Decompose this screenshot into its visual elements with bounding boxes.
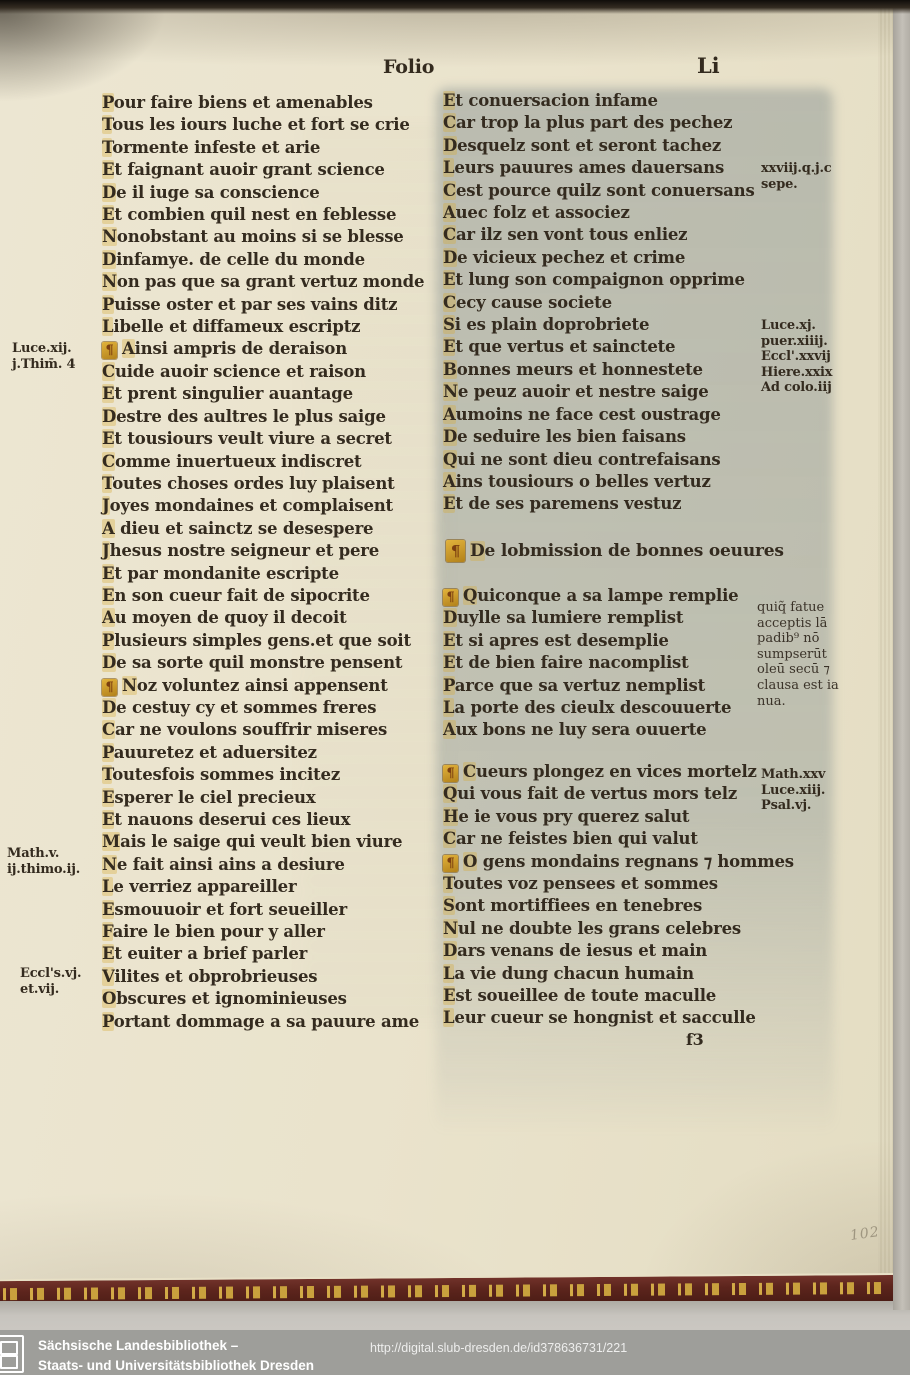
right-text-column-lower: ¶Cueurs plongez en vices mortelzQui vous… [443, 761, 794, 1030]
initial-letter: C [102, 720, 115, 739]
initial-letter: E [102, 429, 114, 448]
initial-letter: N [443, 382, 458, 401]
pencil-foliation: 102 [849, 1224, 881, 1244]
initial-letter: E [102, 944, 114, 963]
text-line: Toutesfois sommes incitez [102, 764, 424, 786]
initial-letter: D [102, 653, 116, 672]
initial-letter: P [102, 743, 114, 762]
initial-letter: D [102, 183, 116, 202]
text-line: Et de bien faire nacomplist [443, 652, 738, 674]
initial-letter: E [102, 810, 114, 829]
digitized-book-scan: Folio Li Pour faire biens et amenablesTo… [0, 0, 910, 1375]
text-line: ¶O gens mondains regnans ⁊ hommes [443, 851, 794, 873]
initial-letter: Q [443, 450, 457, 469]
initial-letter: P [443, 676, 455, 695]
text-line: Si es plain doprobriete [443, 314, 755, 336]
text-line: ¶Quiconque a sa lampe remplie [443, 585, 738, 607]
text-line: Dars venans de iesus et main [443, 940, 794, 962]
initial-letter: V [102, 967, 114, 986]
initial-letter: C [443, 113, 456, 132]
text-line: Car ne feistes bien qui valut [443, 828, 794, 850]
text-line: De il iuge sa conscience [102, 182, 424, 204]
initial-letter: O [102, 989, 116, 1008]
text-line: Car ilz sen vont tous enliez [443, 224, 755, 246]
text-line: De seduire les bien faisans [443, 426, 755, 448]
text-line: Math.v. [7, 846, 80, 862]
initial-letter: N [443, 919, 458, 938]
initial-letter: D [443, 941, 457, 960]
text-line: Mais le saige qui veult bien viure [102, 831, 424, 853]
pilcrow-mark: ¶ [102, 679, 117, 696]
initial-letter: A [443, 720, 456, 739]
slub-logo-glyph [0, 1341, 18, 1355]
text-line: Car ne voulons souffrir miseres [102, 719, 424, 741]
text-line: Tous les iours luche et fort se crie [102, 114, 424, 136]
text-line: ¶De lobmission de bonnes oeuures [446, 540, 784, 562]
text-line: Et faignant auoir grant science [102, 159, 424, 181]
text-line: Et que vertus et sainctete [443, 336, 755, 358]
text-line: Vilites et obprobrieuses [102, 966, 424, 988]
initial-letter: E [443, 91, 455, 110]
text-line: ¶Noz voluntez ainsi appensent [102, 675, 424, 697]
text-line: Auec folz et associez [443, 202, 755, 224]
initial-letter: A [443, 203, 456, 222]
library-footer-bar: Sächsische Landesbibliothek – Staats- un… [0, 1330, 910, 1375]
margin-note-right-3: quiq̃ fatueacceptis lāpadib⁹ nōsumpserūt… [757, 600, 839, 709]
initial-letter: P [102, 1012, 114, 1031]
initial-letter: L [443, 698, 454, 717]
text-line: De cestuy cy et sommes freres [102, 697, 424, 719]
text-line: Et de ses paremens vestuz [443, 493, 755, 515]
initial-letter: P [102, 631, 114, 650]
cradle-fabric [0, 1301, 910, 1333]
initial-letter: T [102, 474, 112, 493]
text-line: De vicieux pechez et crime [443, 247, 755, 269]
text-line: Non pas que sa grant vertuz monde [102, 271, 424, 293]
text-line: quiq̃ fatue [757, 600, 839, 616]
text-line: He ie vous pry querez salut [443, 806, 794, 828]
text-line: A dieu et sainctz se desespere [102, 518, 424, 540]
initial-letter: M [102, 832, 120, 851]
initial-letter: J [102, 496, 110, 515]
library-name-line1: Sächsische Landesbibliothek – [38, 1336, 314, 1356]
text-line: Eccl's.vj. [20, 966, 81, 982]
quire-signature: f3 [686, 1030, 704, 1049]
digital-object-url: http://digital.slub-dresden.de/id3786367… [370, 1341, 627, 1355]
text-line: Hiere.xxix [761, 365, 832, 381]
initial-letter: L [443, 158, 454, 177]
initial-letter: D [470, 541, 485, 561]
text-line: ij.thimo.ij. [7, 862, 80, 878]
text-line: Cecy cause societe [443, 292, 755, 314]
text-line: Nul ne doubte les grans celebres [443, 918, 794, 940]
initial-letter: N [122, 676, 137, 695]
text-line: Dinfamye. de celle du monde [102, 249, 424, 271]
pilcrow-mark: ¶ [446, 540, 465, 562]
text-line: Portant dommage a sa pauure ame [102, 1011, 424, 1033]
text-line: Toutes voz pensees et sommes [443, 873, 794, 895]
initial-letter: C [102, 362, 115, 381]
initial-letter: Q [463, 586, 477, 605]
text-line: Toutes choses ordes luy plaisent [102, 473, 424, 495]
initial-letter: E [102, 564, 114, 583]
text-line: Et combien quil nest en feblesse [102, 204, 424, 226]
text-line: xxviij.q.j.c [761, 161, 832, 177]
text-line: padib⁹ nō [757, 631, 839, 647]
initial-letter: A [443, 405, 456, 424]
slub-logo [0, 1335, 24, 1373]
text-line: nua. [757, 694, 839, 710]
initial-letter: F [102, 922, 113, 941]
text-line: Puisse oster et par ses vains ditz [102, 294, 424, 316]
text-line: Et euiter a brief parler [102, 943, 424, 965]
initial-letter: E [102, 205, 114, 224]
text-line: Libelle et diffameux escriptz [102, 316, 424, 338]
text-line: Cest pource quilz sont conuersans [443, 180, 755, 202]
text-line: Pauuretez et aduersitez [102, 742, 424, 764]
text-line: Tormente infeste et arie [102, 137, 424, 159]
text-line: Psal.vj. [761, 798, 825, 814]
running-title-folio: Folio [383, 56, 434, 78]
margin-note-right-4: Math.xxvLuce.xiij.Psal.vj. [761, 767, 825, 814]
text-line: Et tousiours veult viure a secret [102, 428, 424, 450]
text-line: sepe. [761, 177, 832, 193]
initial-letter: D [102, 407, 116, 426]
text-line: j.Thim̄. 4 [12, 357, 75, 373]
library-name-line2: Staats- und Universitätsbibliothek Dresd… [38, 1356, 314, 1375]
text-line: Desquelz sont et seront tachez [443, 135, 755, 157]
initial-letter: T [102, 138, 112, 157]
initial-letter: B [443, 360, 457, 379]
text-line: Et prent singulier auantage [102, 383, 424, 405]
initial-letter: H [443, 807, 458, 826]
text-line: acceptis lā [757, 616, 839, 632]
initial-letter: E [443, 494, 455, 513]
right-text-column-middle: ¶Quiconque a sa lampe remplieDuylle sa l… [443, 585, 738, 742]
cradle-fabric-right [893, 0, 910, 1310]
text-line: clausa est ia [757, 678, 839, 694]
margin-note-left-1: Luce.xij.j.Thim̄. 4 [12, 341, 75, 372]
text-line: Car trop la plus part des pechez [443, 112, 755, 134]
library-name: Sächsische Landesbibliothek – Staats- un… [38, 1336, 314, 1375]
text-line: sumpserūt [757, 647, 839, 663]
text-line: Pour faire biens et amenables [102, 92, 424, 114]
initial-letter: E [102, 788, 114, 807]
text-line: Ad colo.iij [761, 380, 832, 396]
text-line: ¶Ainsi ampris de deraison [102, 338, 424, 360]
text-line: Esperer le ciel precieux [102, 787, 424, 809]
text-line: Parce que sa vertuz nemplist [443, 675, 738, 697]
text-line: et.vij. [20, 982, 81, 998]
text-line: oleū secū ⁊ [757, 662, 839, 678]
pilcrow-mark: ¶ [443, 589, 458, 606]
text-line: Au moyen de quoy il decoit [102, 607, 424, 629]
text-line: Duylle sa lumiere remplist [443, 607, 738, 629]
text-line: Est soueillee de toute maculle [443, 985, 794, 1007]
text-line: Aumoins ne face cest oustrage [443, 404, 755, 426]
text-line: Obscures et ignominieuses [102, 988, 424, 1010]
initial-letter: A [443, 472, 456, 491]
text-line: Comme inuertueux indiscret [102, 451, 424, 473]
text-line: Esmouuoir et fort seueiller [102, 899, 424, 921]
initial-letter: E [443, 986, 455, 1005]
initial-letter: S [443, 896, 455, 915]
text-line: Joyes mondaines et complaisent [102, 495, 424, 517]
book-page: Folio Li Pour faire biens et amenablesTo… [0, 8, 893, 1279]
initial-letter: T [443, 874, 453, 893]
text-line: Ne peuz auoir et nestre saige [443, 381, 755, 403]
text-line: Luce.xiij. [761, 783, 825, 799]
initial-letter: E [102, 160, 114, 179]
initial-letter: P [102, 93, 114, 112]
initial-letter: C [443, 181, 456, 200]
initial-letter: A [122, 339, 135, 358]
initial-letter: E [443, 270, 455, 289]
initial-letter: E [443, 653, 455, 672]
text-line: Leur cueur se hongnist et sacculle [443, 1007, 794, 1029]
initial-letter: L [102, 317, 113, 336]
initial-letter: D [102, 250, 116, 269]
initial-letter: D [443, 608, 457, 627]
text-line: Jhesus nostre seigneur et pere [102, 540, 424, 562]
initial-letter: E [443, 631, 455, 650]
text-line: Luce.xj. [761, 318, 832, 334]
text-line: Ne fait ainsi ains a desiure [102, 854, 424, 876]
text-line: Aux bons ne luy sera ouuerte [443, 719, 738, 741]
initial-letter: Q [443, 784, 457, 803]
initial-letter: C [443, 225, 456, 244]
section-heading: ¶De lobmission de bonnes oeuures [446, 540, 784, 562]
text-line: Et par mondanite escripte [102, 563, 424, 585]
initial-letter: E [102, 586, 114, 605]
initial-letter: C [102, 452, 115, 471]
initial-letter: T [102, 115, 112, 134]
folio-number: Li [697, 53, 719, 78]
initial-letter: C [443, 293, 456, 312]
initial-letter: E [102, 900, 114, 919]
initial-letter: N [102, 272, 117, 291]
text-line: Le verriez appareiller [102, 876, 424, 898]
text-line: Qui vous fait de vertus mors telz [443, 783, 794, 805]
text-line: Plusieurs simples gens.et que soit [102, 630, 424, 652]
pilcrow-mark: ¶ [443, 855, 458, 872]
text-line: Eccl'.xxvij [761, 349, 832, 365]
text-line: Bonnes meurs et honnestete [443, 359, 755, 381]
initial-letter: D [443, 427, 457, 446]
gutter-shadow [0, 0, 910, 14]
initial-letter: D [102, 698, 116, 717]
text-line: La porte des cieulx descouuerte [443, 697, 738, 719]
text-line: puer.xiiij. [761, 334, 832, 350]
gold-tooling-pattern [0, 1282, 910, 1300]
pilcrow-mark: ¶ [102, 342, 117, 359]
initial-letter: E [443, 337, 455, 356]
text-line: Luce.xij. [12, 341, 75, 357]
initial-letter: E [102, 384, 114, 403]
left-text-column: Pour faire biens et amenablesTous les io… [102, 92, 424, 1033]
text-line: Math.xxv [761, 767, 825, 783]
text-line: Faire le bien pour y aller [102, 921, 424, 943]
slub-logo-glyph [0, 1355, 18, 1369]
margin-note-left-2: Math.v.ij.thimo.ij. [7, 846, 80, 877]
initial-letter: A [102, 608, 115, 627]
initial-letter: S [443, 315, 455, 334]
initial-letter: A [102, 519, 115, 538]
initial-letter: C [463, 762, 476, 781]
text-line: Et lung son compaignon opprime [443, 269, 755, 291]
text-line: Et si apres est desemplie [443, 630, 738, 652]
initial-letter: D [443, 248, 457, 267]
text-line: Sont mortiffiees en tenebres [443, 895, 794, 917]
margin-note-right-1: xxviij.q.j.csepe. [761, 161, 832, 192]
text-line: Et nauons deserui ces lieux [102, 809, 424, 831]
margin-note-left-3: Eccl's.vj.et.vij. [20, 966, 81, 997]
initial-letter: P [102, 295, 114, 314]
text-line: Leurs pauures ames dauersans [443, 157, 755, 179]
page-fore-edge [878, 8, 893, 1279]
initial-letter: T [102, 765, 112, 784]
initial-letter: L [102, 877, 113, 896]
text-line: La vie dung chacun humain [443, 963, 794, 985]
text-line: ¶Cueurs plongez en vices mortelz [443, 761, 794, 783]
margin-note-right-2: Luce.xj.puer.xiiij.Eccl'.xxvijHiere.xxix… [761, 318, 832, 396]
initial-letter: N [102, 855, 117, 874]
initial-letter: C [443, 829, 456, 848]
text-line: Nonobstant au moins si se blesse [102, 226, 424, 248]
initial-letter: L [443, 964, 454, 983]
initial-letter: D [443, 136, 457, 155]
text-line: Destre des aultres le plus saige [102, 406, 424, 428]
text-line: Cuide auoir science et raison [102, 361, 424, 383]
text-line: De sa sorte quil monstre pensent [102, 652, 424, 674]
text-line: En son cueur fait de sipocrite [102, 585, 424, 607]
pilcrow-mark: ¶ [443, 765, 458, 782]
text-line: Et conuersacion infame [443, 90, 755, 112]
initial-letter: O [463, 852, 477, 871]
text-line: Qui ne sont dieu contrefaisans [443, 449, 755, 471]
text-line: Ains tousiours o belles vertuz [443, 471, 755, 493]
right-text-column-upper: Et conuersacion infameCar trop la plus p… [443, 90, 755, 516]
initial-letter: L [443, 1008, 454, 1027]
initial-letter: J [102, 541, 110, 560]
initial-letter: N [102, 227, 117, 246]
